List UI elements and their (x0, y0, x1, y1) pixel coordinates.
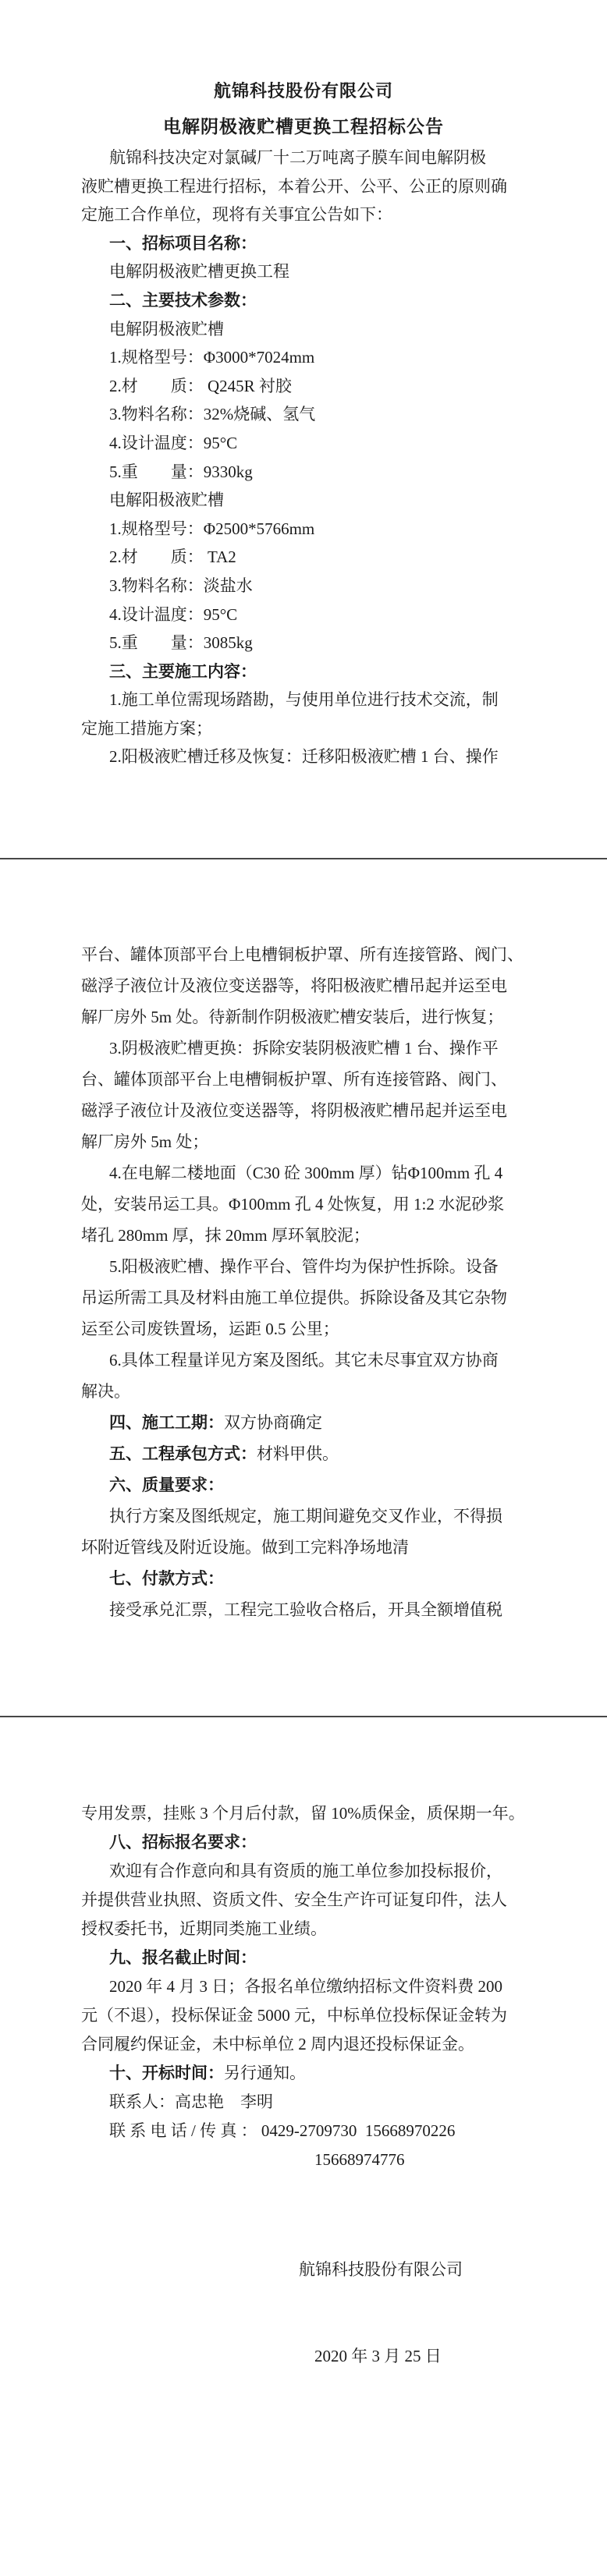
text-line: 2.阳极液贮槽迁移及恢复：迁移阳极液贮槽 1 台、操作 (81, 742, 534, 771)
text-line: 液贮槽更换工程进行招标，本着公开、公平、公正的原则确 (81, 172, 534, 201)
text-line: 2.材 质： TA2 (81, 543, 534, 572)
text-line: 一、招标项目名称： (81, 229, 534, 258)
text-segment: 1.规格型号：Φ3000*7024mm (109, 348, 314, 367)
text-line: 6.具体工程量详见方案及图纸。其它未尽事宜双方协商 (81, 1345, 534, 1376)
text-segment: 3.物料名称：32%烧碱、氢气 (109, 405, 315, 423)
text-line: 磁浮子液位计及液位变送器等，将阴极液贮槽吊起并运至电 (81, 1095, 534, 1126)
signature-date: 2020 年 3 月 25 日 (299, 2342, 463, 2371)
text-segment: 另行通知。 (224, 2064, 306, 2082)
text-line: 四、施工工期：双方协商确定 (81, 1407, 534, 1438)
text-line: 十、开标时间：另行通知。 (81, 2059, 534, 2088)
text-segment-bold: 四、施工工期： (109, 1414, 224, 1432)
text-segment: 联系人：高忠艳 李明 (109, 2092, 273, 2111)
text-segment: 电解阴极液贮槽更换工程 (109, 262, 289, 281)
text-segment: 3.阴极液贮槽更换：拆除安装阴极液贮槽 1 台、操作平 (109, 1039, 499, 1058)
text-segment: 堵孔 280mm 厚，抹 20mm 厚环氧胶泥； (81, 1226, 370, 1245)
text-segment: 定施工合作单位，现将有关事宜公告如下： (81, 205, 392, 224)
document-title: 电解阴极液贮槽更换工程招标公告 (0, 112, 607, 138)
text-line: 二、主要技术参数： (81, 286, 534, 315)
text-segment: 6.具体工程量详见方案及图纸。其它未尽事宜双方协商 (109, 1351, 499, 1369)
text-segment: 2020 年 4 月 3 日；各报名单位缴纳招标文件资料费 200 (109, 1977, 502, 1996)
text-segment: 电解阳极液贮槽 (109, 491, 224, 509)
text-segment-bold: 五、工程承包方式： (109, 1445, 257, 1463)
text-segment: 专用发票，挂账 3 个月后付款，留 10%质保金，质保期一年。 (81, 1804, 525, 1823)
text-segment-bold: 一、招标项目名称： (109, 235, 257, 253)
text-segment: 5.阳极液贮槽、操作平台、管件均为保护性拆除。设备 (109, 1257, 499, 1276)
text-segment: 双方协商确定 (224, 1413, 322, 1432)
text-segment: 欢迎有合作意向和具有资质的施工单位参加投标报价， (109, 1862, 502, 1880)
text-segment: 4.设计温度：95°C (109, 605, 237, 624)
text-line: 5.重 量：3085kg (81, 629, 534, 657)
text-line: 电解阳极液贮槽 (81, 486, 534, 515)
text-segment: 接受承兑汇票，工程完工验收合格后，开具全额增值税 (109, 1600, 502, 1619)
text-segment: 4.设计温度：95°C (109, 434, 237, 452)
text-line: 合同履约保证金，未中标单位 2 周内退还投标保证金。 (81, 2030, 534, 2059)
text-line: 电解阴极液贮槽更换工程 (81, 257, 534, 286)
text-line: 运至公司废铁置场，运距 0.5 公里； (81, 1313, 534, 1345)
text-line: 执行方案及图纸规定，施工期间避免交叉作业，不得损 (81, 1501, 534, 1532)
page-3-body: 专用发票，挂账 3 个月后付款，留 10%质保金，质保期一年。八、招标报名要求：… (81, 1799, 534, 2174)
text-segment-bold: 八、招标报名要求： (109, 1834, 257, 1851)
text-segment-bold: 三、主要施工内容： (109, 663, 257, 681)
text-line: 专用发票，挂账 3 个月后付款，留 10%质保金，质保期一年。 (81, 1799, 534, 1828)
text-line: 4.设计温度：95°C (81, 601, 534, 629)
text-line: 接受承兑汇票，工程完工验收合格后，开具全额增值税 (81, 1594, 534, 1625)
text-segment: 定施工措施方案； (81, 719, 212, 738)
text-segment: 台、罐体顶部平台上电槽铜板护罩、所有连接管路、阀门、 (81, 1070, 507, 1089)
page-2: 平台、罐体顶部平台上电槽铜板护罩、所有连接管路、阀门、磁浮子液位计及液位变送器等… (0, 859, 607, 1716)
text-line: 磁浮子液位计及液位变送器等，将阳极液贮槽吊起并运至电 (81, 970, 534, 1001)
text-segment: 并提供营业执照、资质文件、安全生产许可证复印件，法人 (81, 1890, 507, 1909)
text-line: 4.在电解二楼地面（C30 砼 300mm 厚）钻Φ100mm 孔 4 (81, 1157, 534, 1189)
text-segment: 平台、罐体顶部平台上电槽铜板护罩、所有连接管路、阀门、 (81, 945, 524, 964)
text-line: 1.施工单位需现场踏勘，与使用单位进行技术交流，制 (81, 686, 534, 714)
text-segment-bold: 二、主要技术参数： (109, 292, 257, 310)
text-segment: 联 系 电 话 / 传 真 ： 0429-2709730 15668970226 (109, 2121, 455, 2140)
text-line: 2020 年 4 月 3 日；各报名单位缴纳招标文件资料费 200 (81, 1972, 534, 2001)
text-segment-bold: 十、开标时间： (109, 2064, 224, 2082)
text-segment: 1.施工单位需现场踏勘，与使用单位进行技术交流，制 (109, 690, 499, 709)
text-line: 联系人：高忠艳 李明 (81, 2088, 534, 2117)
text-line: 3.阴极液贮槽更换：拆除安装阴极液贮槽 1 台、操作平 (81, 1033, 534, 1064)
page-1-body: 航锦科技决定对氯碱厂十二万吨离子膜车间电解阴极液贮槽更换工程进行招标，本着公开、… (81, 144, 534, 771)
text-line: 3.物料名称：淡盐水 (81, 572, 534, 601)
text-segment: 5.重 量：9330kg (109, 462, 253, 481)
signature-company: 航锦科技股份有限公司 (299, 2255, 463, 2284)
text-line: 九、报名截止时间： (81, 1944, 534, 1972)
text-line: 解决。 (81, 1376, 534, 1407)
text-line: 平台、罐体顶部平台上电槽铜板护罩、所有连接管路、阀门、 (81, 939, 534, 970)
text-segment: 液贮槽更换工程进行招标，本着公开、公平、公正的原则确 (81, 177, 507, 196)
text-segment-bold: 六、质量要求： (109, 1476, 224, 1494)
text-segment: 解厂房外 5m 处。待新制作阴极液贮槽安装后，进行恢复； (81, 1008, 503, 1026)
text-line: 五、工程承包方式：材料甲供。 (81, 1438, 534, 1469)
text-line: 联 系 电 话 / 传 真 ： 0429-2709730 15668970226 (81, 2117, 534, 2145)
page-3: 专用发票，挂账 3 个月后付款，留 10%质保金，质保期一年。八、招标报名要求：… (0, 1717, 607, 2576)
text-segment: 运至公司废铁置场，运距 0.5 公里； (81, 1320, 339, 1338)
text-line: 定施工措施方案； (81, 714, 534, 743)
text-segment: 5.重 量：3085kg (109, 633, 253, 652)
document-viewer: 航锦科技股份有限公司 电解阴极液贮槽更换工程招标公告 航锦科技决定对氯碱厂十二万… (0, 0, 607, 2576)
text-segment: 吊运所需工具及材料由施工单位提供。拆除设备及其它杂物 (81, 1288, 507, 1307)
text-segment: 电解阴极液贮槽 (109, 320, 224, 338)
text-line: 定施工合作单位，现将有关事宜公告如下： (81, 200, 534, 229)
text-segment: 磁浮子液位计及液位变送器等，将阳极液贮槽吊起并运至电 (81, 976, 507, 995)
text-segment: 坏附近管线及附近设施。做到工完料净场地清 (81, 1538, 409, 1557)
text-segment-bold: 七、付款方式： (109, 1570, 224, 1588)
text-segment: 15668974776 (314, 2150, 405, 2169)
text-line: 七、付款方式： (81, 1563, 534, 1594)
text-line: 坏附近管线及附近设施。做到工完料净场地清 (81, 1532, 534, 1563)
text-segment: 3.物料名称：淡盐水 (109, 576, 253, 595)
text-segment: 1.规格型号：Φ2500*5766mm (109, 519, 314, 538)
text-line: 1.规格型号：Φ2500*5766mm (81, 515, 534, 544)
document-company-title: 航锦科技股份有限公司 (0, 78, 607, 102)
text-segment: 合同履约保证金，未中标单位 2 周内退还投标保证金。 (81, 2035, 474, 2053)
text-line: 解厂房外 5m 处。待新制作阴极液贮槽安装后，进行恢复； (81, 1001, 534, 1033)
signature-block: 航锦科技股份有限公司 2020 年 3 月 25 日 (299, 2198, 463, 2429)
text-line: 电解阴极液贮槽 (81, 315, 534, 344)
text-line: 15668974776 (81, 2145, 534, 2174)
text-segment: 材料甲供。 (257, 1444, 339, 1463)
text-segment: 4.在电解二楼地面（C30 砼 300mm 厚）钻Φ100mm 孔 4 (109, 1164, 502, 1182)
text-segment-bold: 九、报名截止时间： (109, 1949, 257, 1967)
text-line: 吊运所需工具及材料由施工单位提供。拆除设备及其它杂物 (81, 1282, 534, 1313)
text-segment: 2.材 质： TA2 (109, 547, 236, 566)
text-line: 3.物料名称：32%烧碱、氢气 (81, 400, 534, 429)
text-line: 三、主要施工内容： (81, 657, 534, 686)
text-segment: 磁浮子液位计及液位变送器等，将阴极液贮槽吊起并运至电 (81, 1101, 507, 1120)
text-segment: 航锦科技决定对氯碱厂十二万吨离子膜车间电解阴极 (109, 148, 486, 167)
text-line: 1.规格型号：Φ3000*7024mm (81, 343, 534, 372)
text-line: 八、招标报名要求： (81, 1828, 534, 1857)
page-2-body: 平台、罐体顶部平台上电槽铜板护罩、所有连接管路、阀门、磁浮子液位计及液位变送器等… (81, 939, 534, 1625)
text-line: 欢迎有合作意向和具有资质的施工单位参加投标报价， (81, 1857, 534, 1886)
text-line: 六、质量要求： (81, 1469, 534, 1501)
text-line: 并提供营业执照、资质文件、安全生产许可证复印件，法人 (81, 1886, 534, 1915)
text-line: 处，安装吊运工具。Φ100mm 孔 4 处恢复，用 1:2 水泥砂浆 (81, 1189, 534, 1220)
text-segment: 授权委托书，近期同类施工业绩。 (81, 1919, 327, 1938)
text-line: 元（不退），投标保证金 5000 元，中标单位投标保证金转为 (81, 2001, 534, 2030)
text-segment: 处，安装吊运工具。Φ100mm 孔 4 处恢复，用 1:2 水泥砂浆 (81, 1195, 504, 1214)
text-line: 5.重 量：9330kg (81, 458, 534, 487)
text-segment: 元（不退），投标保证金 5000 元，中标单位投标保证金转为 (81, 2006, 507, 2025)
text-line: 4.设计温度：95°C (81, 429, 534, 458)
text-line: 台、罐体顶部平台上电槽铜板护罩、所有连接管路、阀门、 (81, 1064, 534, 1095)
text-line: 2.材 质： Q245R 衬胶 (81, 372, 534, 401)
text-line: 解厂房外 5m 处； (81, 1126, 534, 1157)
page-1: 航锦科技股份有限公司 电解阴极液贮槽更换工程招标公告 航锦科技决定对氯碱厂十二万… (0, 0, 607, 858)
text-line: 授权委托书，近期同类施工业绩。 (81, 1915, 534, 1944)
text-segment: 解厂房外 5m 处； (81, 1132, 208, 1151)
text-segment: 2.阳极液贮槽迁移及恢复：迁移阳极液贮槽 1 台、操作 (109, 747, 499, 766)
text-segment: 解决。 (81, 1382, 130, 1401)
text-line: 堵孔 280mm 厚，抹 20mm 厚环氧胶泥； (81, 1220, 534, 1251)
text-segment: 2.材 质： Q245R 衬胶 (109, 377, 292, 395)
text-line: 5.阳极液贮槽、操作平台、管件均为保护性拆除。设备 (81, 1251, 534, 1282)
text-line: 航锦科技决定对氯碱厂十二万吨离子膜车间电解阴极 (81, 144, 534, 172)
text-segment: 执行方案及图纸规定，施工期间避免交叉作业，不得损 (109, 1507, 502, 1525)
